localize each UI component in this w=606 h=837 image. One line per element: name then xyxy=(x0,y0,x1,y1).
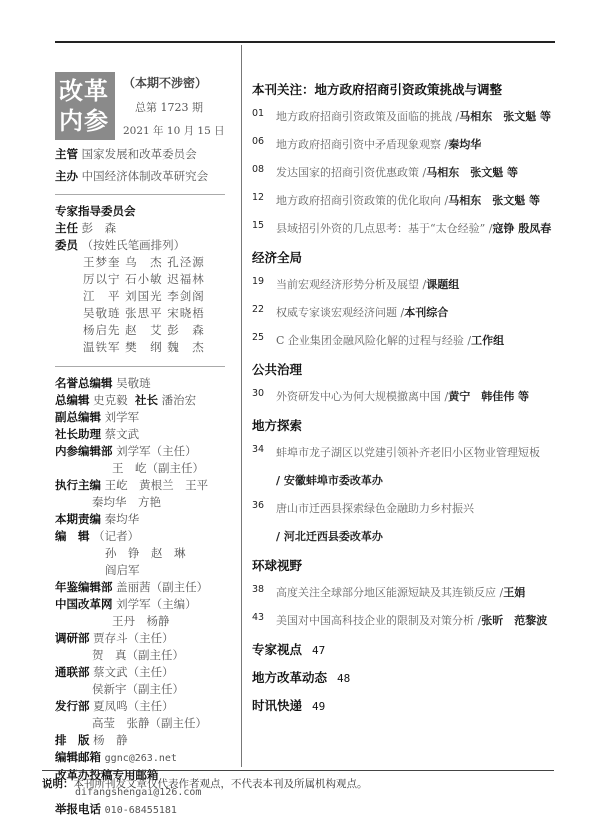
page-number: 22 xyxy=(252,304,276,320)
staff-label: 社长 xyxy=(135,393,158,407)
staff-label: 中国改革网 xyxy=(55,597,113,611)
issue-info: （本期不涉密） 总第 1723 期 2021 年 10 月 15 日 xyxy=(123,72,225,138)
staff-label: 社长助理 xyxy=(55,427,101,441)
section-title-local: 地方探索 xyxy=(252,416,582,434)
editorial-email[interactable]: ggnc@263.net xyxy=(105,753,177,764)
staff-internal-dept: 内参编辑部 刘学军（主任） xyxy=(55,443,235,460)
logo-line-2: 内参 xyxy=(59,106,115,136)
toc-item[interactable]: 22权威专家谈宏观经济问题 / 本刊综合 xyxy=(252,304,582,320)
page-number: 15 xyxy=(252,220,276,236)
page-number: 43 xyxy=(252,612,276,628)
divider xyxy=(55,194,225,195)
section-title-global: 环球视野 xyxy=(252,556,582,574)
staff-honorary-chief: 名誉总编辑 吴敬琏 xyxy=(55,375,235,392)
page-number: 06 xyxy=(252,136,276,152)
toc-item[interactable]: 12地方政府招商引资政策的优化取向 / 马相东 张文魁 等 xyxy=(252,192,582,208)
toc-item[interactable]: 19当前宏观经济形势分析及展望 / 课题组 xyxy=(252,276,582,292)
committee-title: 专家指导委员会 xyxy=(55,203,235,220)
staff-label: 名誉总编辑 xyxy=(55,376,113,390)
staff-label: 内参编辑部 xyxy=(55,444,113,458)
page-number: 12 xyxy=(252,192,276,208)
article-title: 美国对中国高科技企业的限制及对策分析 / xyxy=(276,612,481,628)
staff-value: 王 屹（副主任） xyxy=(55,460,235,477)
staff-value: 阎启军 xyxy=(55,562,235,579)
staff-value: 刘学军 xyxy=(105,410,140,424)
article-title: 高度关注全球部分地区能源短缺及其连锁反应 / xyxy=(276,584,503,600)
staff-value: 高莹 张静（副主任） xyxy=(55,715,235,732)
director-value: 彭 森 xyxy=(82,221,117,235)
masthead: 改革 内参 （本期不涉密） 总第 1723 期 2021 年 10 月 15 日 xyxy=(55,72,235,140)
toc-item[interactable]: 25C 企业集团金融风险化解的过程与经验 / 工作组 xyxy=(252,332,582,348)
staff-label: 编 辑 xyxy=(55,529,90,543)
hotline-number: 010-68455181 xyxy=(105,805,177,816)
article-author: / 安徽蚌埠市委改革办 xyxy=(252,472,582,488)
staff-value: 王丹 杨静 xyxy=(55,613,235,630)
staff-label: 年鉴编辑部 xyxy=(55,580,113,594)
staff-value: 史克毅 xyxy=(93,393,128,407)
staff-value: 贺 真（副主任） xyxy=(55,647,235,664)
article-title: 县域招引外资的几点思考：基于“太仓经验” / xyxy=(276,220,492,236)
bottom-rule xyxy=(42,770,554,771)
toc-item[interactable]: 15县域招引外资的几点思考：基于“太仓经验” / 寇铮 殷凤春 xyxy=(252,220,582,236)
members-note: （按姓氏笔画排列） xyxy=(82,238,186,252)
staff-value: 秦均华 xyxy=(105,512,140,526)
article-author: 王娟 xyxy=(503,584,525,600)
section-title-focus: 本刊关注：地方政府招商引资政策挑战与调整 xyxy=(252,80,582,98)
staff-layout: 排 版 杨 静 xyxy=(55,732,235,749)
logo-line-1: 改革 xyxy=(59,76,115,106)
staff-chief-editor: 总编辑 史克毅 社长 潘治宏 xyxy=(55,392,235,409)
toc-item[interactable]: 36唐山市迁西县探索绿色金融助力乡村振兴 xyxy=(252,500,582,516)
member-row: 厉以宁 石小敏 迟福林 xyxy=(55,271,235,288)
staff-value: 侯新宇（副主任） xyxy=(55,681,235,698)
staff-value: 蔡文武 xyxy=(105,427,140,441)
column-divider xyxy=(241,45,242,767)
member-row: 温铁军 樊 纲 魏 杰 xyxy=(55,339,235,356)
member-row: 江 平 刘国光 李剑阁 xyxy=(55,288,235,305)
article-author: 秦均华 xyxy=(448,136,481,152)
staff-label: 副总编辑 xyxy=(55,410,101,424)
toc-item[interactable]: 30外资研发中心为何大规模撤离中国 / 黄宁 韩佳伟 等 xyxy=(252,388,582,404)
member-row: 杨启先 赵 艾 彭 森 xyxy=(55,322,235,339)
table-of-contents: 本刊关注：地方政府招商引资政策挑战与调整 01地方政府招商引资政策及面临的挑战 … xyxy=(252,80,582,724)
page-number: 08 xyxy=(252,164,276,180)
staff-liaison: 通联部 蔡文武（主任） xyxy=(55,664,235,681)
staff-label: 发行部 xyxy=(55,699,90,713)
section-title-news: 时讯快递 xyxy=(252,698,302,713)
article-title: 地方政府招商引资中矛盾现象观察 / xyxy=(276,136,448,152)
staff-label: 执行主编 xyxy=(55,478,101,492)
article-author: 马相东 张文魁 等 xyxy=(426,164,518,180)
article-title: 地方政府招商引资政策的优化取向 / xyxy=(276,192,448,208)
staff-value: 蔡文武（主任） xyxy=(93,665,174,679)
committee-director: 主任 彭 森 xyxy=(55,220,235,237)
toc-item[interactable]: 43美国对中国高科技企业的限制及对策分析 / 张昕 范黎波 xyxy=(252,612,582,628)
director-label: 主任 xyxy=(55,221,78,235)
article-title: 蚌埠市龙子湖区以党建引领补齐老旧小区物业管理短板 xyxy=(276,444,540,460)
toc-item[interactable]: 01地方政府招商引资政策及面临的挑战 / 马相东 张文魁 等 xyxy=(252,108,582,124)
staff-value: 杨 静 xyxy=(93,733,128,747)
secret-notice: （本期不涉密） xyxy=(123,74,225,91)
page-number: 47 xyxy=(312,644,325,657)
toc-item[interactable]: 06地方政府招商引资中矛盾现象观察 / 秦均华 xyxy=(252,136,582,152)
staff-assistant: 社长助理 蔡文武 xyxy=(55,426,235,443)
staff-label: 通联部 xyxy=(55,665,90,679)
staff-value: 刘学军（主编） xyxy=(116,597,197,611)
toc-item[interactable]: 34蚌埠市龙子湖区以党建引领补齐老旧小区物业管理短板 xyxy=(252,444,582,460)
staff-value: 贾存斗（主任） xyxy=(93,631,174,645)
toc-item[interactable]: 38高度关注全球部分地区能源短缺及其连锁反应 / 王娟 xyxy=(252,584,582,600)
page-number: 38 xyxy=(252,584,276,600)
supervisor-label: 主管 xyxy=(55,147,78,161)
staff-label: 总编辑 xyxy=(55,393,90,407)
article-title: 外资研发中心为何大规模撤离中国 / xyxy=(276,388,448,404)
divider xyxy=(55,366,225,367)
staff-value: （记者） xyxy=(93,529,139,543)
article-author: 课题组 xyxy=(426,276,459,292)
section-dynamics[interactable]: 地方改革动态48 xyxy=(252,668,582,686)
article-title: 权威专家谈宏观经济问题 / xyxy=(276,304,404,320)
committee-members-header: 委员 （按姓氏笔画排列） xyxy=(55,237,235,254)
article-title: 唐山市迁西县探索绿色金融助力乡村振兴 xyxy=(276,500,474,516)
staff-deputy-chief: 副总编辑 刘学军 xyxy=(55,409,235,426)
article-title: 当前宏观经济形势分析及展望 / xyxy=(276,276,426,292)
staff-value: 吴敬琏 xyxy=(116,376,151,390)
article-author: 黄宁 韩佳伟 等 xyxy=(448,388,529,404)
staff-issue-editor: 本期责编 秦均华 xyxy=(55,511,235,528)
member-row: 王梦奎 乌 杰 孔泾源 xyxy=(55,254,235,271)
disclaimer: 说明：本刊所刊发文章仅代表作者观点，不代表本刊及所属机构观点。 xyxy=(42,776,368,791)
member-row: 吴敬琏 张思平 宋晓梧 xyxy=(55,305,235,322)
article-author: 寇铮 殷凤春 xyxy=(492,220,551,236)
staff-label: 举报电话 xyxy=(55,802,101,816)
staff-value: 孙 铮 赵 琳 xyxy=(55,545,235,562)
staff-value: 潘治宏 xyxy=(162,393,197,407)
supervisor-row: 主管 国家发展和改革委员会 xyxy=(55,146,235,162)
article-author: 本刊综合 xyxy=(404,304,448,320)
staff-editors: 编 辑 （记者） xyxy=(55,528,235,545)
page-number: 30 xyxy=(252,388,276,404)
sponsor-row: 主办 中国经济体制改革研究会 xyxy=(55,168,235,184)
article-author: 张昕 范黎波 xyxy=(481,612,547,628)
section-title-governance: 公共治理 xyxy=(252,360,582,378)
section-title-dynamics: 地方改革动态 xyxy=(252,670,327,685)
staff-value: 盖丽茜（副主任） xyxy=(116,580,208,594)
masthead-column: 改革 内参 （本期不涉密） 总第 1723 期 2021 年 10 月 15 日… xyxy=(55,72,235,819)
staff-value: 秦均华 方艳 xyxy=(55,494,235,511)
staff-exec-editor: 执行主编 王屹 黄根兰 王平 xyxy=(55,477,235,494)
article-author: 马相东 张文魁 等 xyxy=(459,108,551,124)
toc-item[interactable]: 08发达国家的招商引资优惠政策 / 马相东 张文魁 等 xyxy=(252,164,582,180)
staff-email: 编辑邮箱 ggnc@263.net xyxy=(55,749,235,767)
page-number: 34 xyxy=(252,444,276,460)
page-number: 36 xyxy=(252,500,276,516)
supervisor-value: 国家发展和改革委员会 xyxy=(82,147,197,161)
page-number: 01 xyxy=(252,108,276,124)
issue-number: 总第 1723 期 xyxy=(123,99,225,115)
page-number: 19 xyxy=(252,276,276,292)
page-number: 49 xyxy=(312,700,325,713)
top-rule xyxy=(55,41,555,43)
staff-label: 本期责编 xyxy=(55,512,101,526)
article-title: C 企业集团金融风险化解的过程与经验 / xyxy=(276,332,471,348)
staff-distribution: 发行部 夏凤鸣（主任） xyxy=(55,698,235,715)
staff-yearbook: 年鉴编辑部 盖丽茜（副主任） xyxy=(55,579,235,596)
disclaimer-label: 说明： xyxy=(42,778,74,790)
staff-reform-net: 中国改革网 刘学军（主编） xyxy=(55,596,235,613)
members-label: 委员 xyxy=(55,238,78,252)
article-author: 工作组 xyxy=(471,332,504,348)
page-number: 25 xyxy=(252,332,276,348)
article-author: / 河北迁西县委改革办 xyxy=(252,528,582,544)
sponsor-value: 中国经济体制改革研究会 xyxy=(82,169,209,183)
staff-value: 王屹 黄根兰 王平 xyxy=(105,478,209,492)
staff-value: 夏凤鸣（主任） xyxy=(93,699,174,713)
disclaimer-text: 本刊所刊发文章仅代表作者观点，不代表本刊及所属机构观点。 xyxy=(74,778,368,790)
staff-hotline: 举报电话 010-68455181 xyxy=(55,801,235,819)
article-title: 地方政府招商引资政策及面临的挑战 / xyxy=(276,108,459,124)
journal-logo: 改革 内参 xyxy=(55,72,115,140)
issue-date: 2021 年 10 月 15 日 xyxy=(123,123,225,138)
section-title-expert: 专家视点 xyxy=(252,642,302,657)
article-author: 马相东 张文魁 等 xyxy=(448,192,540,208)
staff-value: 刘学军（主任） xyxy=(116,444,197,458)
section-expert[interactable]: 专家视点47 xyxy=(252,640,582,658)
section-news[interactable]: 时讯快递49 xyxy=(252,696,582,714)
sponsor-label: 主办 xyxy=(55,169,78,183)
article-title: 发达国家的招商引资优惠政策 / xyxy=(276,164,426,180)
page-number: 48 xyxy=(337,672,350,685)
staff-label: 排 版 xyxy=(55,733,90,747)
staff-label: 调研部 xyxy=(55,631,90,645)
staff-research: 调研部 贾存斗（主任） xyxy=(55,630,235,647)
section-title-economy: 经济全局 xyxy=(252,248,582,266)
staff-label: 编辑邮箱 xyxy=(55,750,101,764)
